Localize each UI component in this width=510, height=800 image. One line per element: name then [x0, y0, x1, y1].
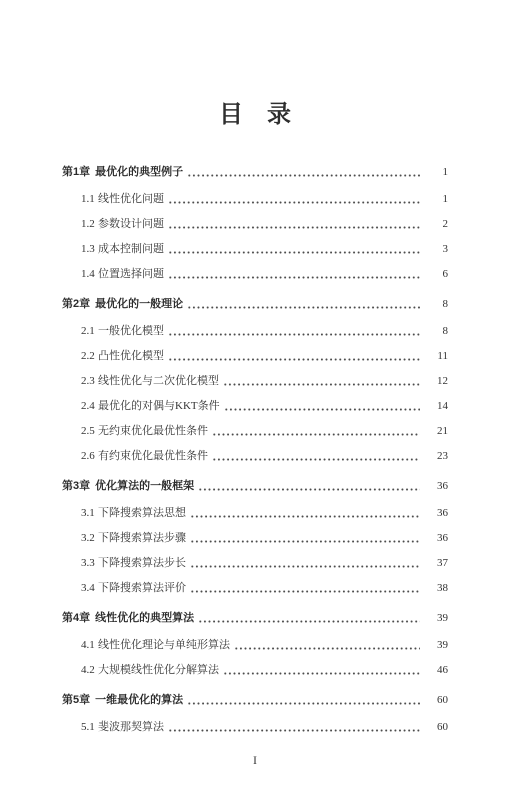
page: 目 录 第1章 最优化的典型例子 1 1.1 线性优化问题 1 1.2 参数设计…: [0, 0, 510, 800]
chapter-page-number: 60: [424, 688, 448, 713]
section-number: 2.2: [81, 344, 98, 369]
section-number: 1.1: [81, 187, 98, 212]
section-page-number: 38: [424, 576, 448, 601]
section-number: 2.6: [81, 444, 98, 469]
section-number: 3.1: [81, 501, 98, 526]
dot-leader: [189, 551, 420, 576]
dot-leader: [167, 187, 420, 212]
dot-leader: [189, 526, 420, 551]
dot-leader: [186, 292, 420, 317]
section-page-number: 21: [424, 419, 448, 444]
section-page-number: 11: [424, 344, 448, 369]
toc-section-row[interactable]: 2.1 一般优化模型 8: [62, 319, 448, 344]
dot-leader: [197, 474, 420, 499]
chapter-label: 第4章: [62, 606, 90, 631]
section-title: 无约束优化最优性条件: [98, 419, 208, 444]
dot-leader: [197, 606, 420, 631]
dot-leader: [167, 212, 420, 237]
dot-leader: [223, 394, 420, 419]
section-title: 一般优化模型: [98, 319, 164, 344]
toc-list: 第1章 最优化的典型例子 1 1.1 线性优化问题 1 1.2 参数设计问题 2…: [62, 160, 448, 740]
section-title: 成本控制问题: [98, 237, 164, 262]
dot-leader: [189, 576, 420, 601]
chapter-page-number: 36: [424, 474, 448, 499]
section-page-number: 46: [424, 658, 448, 683]
section-title: 最优化的对偶与KKT条件: [98, 394, 220, 419]
section-title: 下降搜索算法步长: [98, 551, 186, 576]
dot-leader: [186, 688, 420, 713]
chapter-page-number: 8: [424, 292, 448, 317]
toc-section-row[interactable]: 3.3 下降搜索算法步长 37: [62, 551, 448, 576]
toc-section-row[interactable]: 2.5 无约束优化最优性条件 21: [62, 419, 448, 444]
section-page-number: 23: [424, 444, 448, 469]
dot-leader: [222, 658, 420, 683]
dot-leader: [189, 501, 420, 526]
section-number: 1.2: [81, 212, 98, 237]
section-number: 2.4: [81, 394, 98, 419]
section-number: 3.4: [81, 576, 98, 601]
chapter-label: 第1章: [62, 160, 90, 185]
toc-section-row[interactable]: 3.4 下降搜索算法评价 38: [62, 576, 448, 601]
toc-chapter-row[interactable]: 第2章 最优化的一般理论 8: [62, 292, 448, 317]
section-number: 2.1: [81, 319, 98, 344]
chapter-page-number: 39: [424, 606, 448, 631]
section-page-number: 14: [424, 394, 448, 419]
section-title: 参数设计问题: [98, 212, 164, 237]
section-number: 2.5: [81, 419, 98, 444]
section-number: 4.1: [81, 633, 98, 658]
toc-chapter-row[interactable]: 第3章 优化算法的一般框架 36: [62, 474, 448, 499]
dot-leader: [211, 444, 420, 469]
section-title: 有约束优化最优性条件: [98, 444, 208, 469]
toc-chapter-row[interactable]: 第5章 一维最优化的算法 60: [62, 688, 448, 713]
section-title: 线性优化理论与单纯形算法: [98, 633, 230, 658]
toc-section-row[interactable]: 2.4 最优化的对偶与KKT条件 14: [62, 394, 448, 419]
section-page-number: 6: [424, 262, 448, 287]
toc-section-row[interactable]: 2.2 凸性优化模型 11: [62, 344, 448, 369]
toc-title: 目 录: [0, 100, 510, 130]
chapter-label: 第5章: [62, 688, 90, 713]
toc-section-row[interactable]: 3.1 下降搜索算法思想 36: [62, 501, 448, 526]
chapter-title: 一维最优化的算法: [95, 688, 183, 713]
dot-leader: [233, 633, 420, 658]
dot-leader: [167, 344, 420, 369]
dot-leader: [167, 715, 420, 740]
section-title: 斐波那契算法: [98, 715, 164, 740]
section-page-number: 60: [424, 715, 448, 740]
section-title: 位置选择问题: [98, 262, 164, 287]
section-number: 5.1: [81, 715, 98, 740]
chapter-title: 优化算法的一般框架: [95, 474, 194, 499]
section-page-number: 2: [424, 212, 448, 237]
dot-leader: [211, 419, 420, 444]
section-number: 3.2: [81, 526, 98, 551]
section-number: 1.3: [81, 237, 98, 262]
chapter-title: 最优化的一般理论: [95, 292, 183, 317]
section-title: 下降搜索算法评价: [98, 576, 186, 601]
section-page-number: 39: [424, 633, 448, 658]
section-number: 3.3: [81, 551, 98, 576]
section-title: 凸性优化模型: [98, 344, 164, 369]
dot-leader: [186, 160, 420, 185]
toc-section-row[interactable]: 1.4 位置选择问题 6: [62, 262, 448, 287]
section-title: 线性优化问题: [98, 187, 164, 212]
section-page-number: 36: [424, 526, 448, 551]
toc-section-row[interactable]: 5.1 斐波那契算法 60: [62, 715, 448, 740]
dot-leader: [222, 369, 420, 394]
chapter-page-number: 1: [424, 160, 448, 185]
section-number: 2.3: [81, 369, 98, 394]
chapter-label: 第3章: [62, 474, 90, 499]
chapter-title: 最优化的典型例子: [95, 160, 183, 185]
dot-leader: [167, 319, 420, 344]
toc-section-row[interactable]: 2.3 线性优化与二次优化模型 12: [62, 369, 448, 394]
section-title: 下降搜索算法思想: [98, 501, 186, 526]
section-page-number: 37: [424, 551, 448, 576]
section-page-number: 12: [424, 369, 448, 394]
section-title: 下降搜索算法步骤: [98, 526, 186, 551]
section-page-number: 36: [424, 501, 448, 526]
toc-section-row[interactable]: 1.3 成本控制问题 3: [62, 237, 448, 262]
toc-section-row[interactable]: 1.1 线性优化问题 1: [62, 187, 448, 212]
dot-leader: [167, 262, 420, 287]
section-number: 1.4: [81, 262, 98, 287]
toc-section-row[interactable]: 2.6 有约束优化最优性条件 23: [62, 444, 448, 469]
toc-chapter-row[interactable]: 第4章 线性优化的典型算法 39: [62, 606, 448, 631]
toc-section-row[interactable]: 3.2 下降搜索算法步骤 36: [62, 526, 448, 551]
dot-leader: [167, 237, 420, 262]
chapter-label: 第2章: [62, 292, 90, 317]
section-page-number: 1: [424, 187, 448, 212]
page-footer-number: I: [0, 750, 510, 770]
section-title: 大规模线性优化分解算法: [98, 658, 219, 683]
chapter-title: 线性优化的典型算法: [95, 606, 194, 631]
section-number: 4.2: [81, 658, 98, 683]
section-page-number: 8: [424, 319, 448, 344]
section-title: 线性优化与二次优化模型: [98, 369, 219, 394]
toc-section-row[interactable]: 1.2 参数设计问题 2: [62, 212, 448, 237]
toc-chapter-row[interactable]: 第1章 最优化的典型例子 1: [62, 160, 448, 185]
toc-section-row[interactable]: 4.1 线性优化理论与单纯形算法 39: [62, 633, 448, 658]
section-page-number: 3: [424, 237, 448, 262]
toc-section-row[interactable]: 4.2 大规模线性优化分解算法 46: [62, 658, 448, 683]
